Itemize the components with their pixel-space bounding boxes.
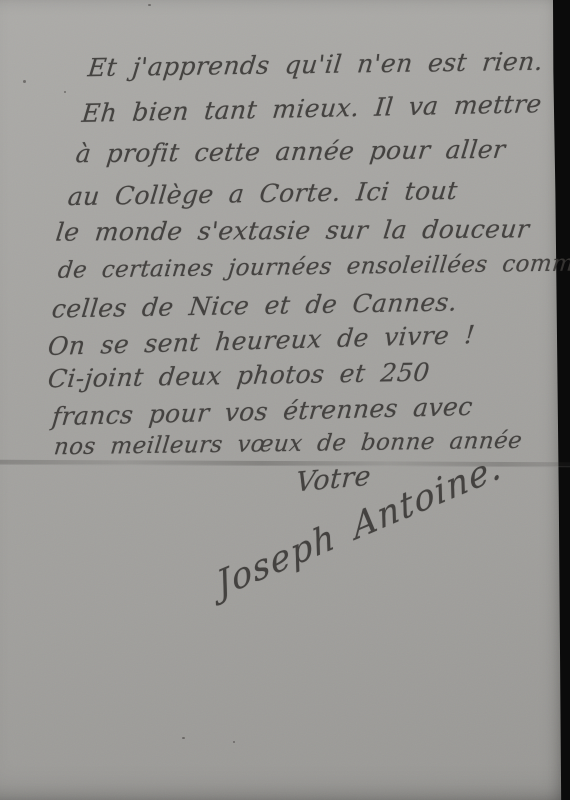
letter-line-5: le monde s'extasie sur la douceur	[54, 214, 531, 246]
letter-line-11: nos meilleurs vœux de bonne année	[53, 428, 524, 461]
ink-speck	[233, 741, 235, 743]
scan-black-edge	[553, 0, 570, 800]
ink-speck	[23, 80, 26, 83]
scanned-letter-page: Et j'apprends qu'il n'en est rien. Eh bi…	[0, 0, 570, 800]
letter-line-7: celles de Nice et de Cannes.	[51, 287, 459, 323]
letter-line-1: Et j'apprends qu'il n'en est rien.	[86, 47, 544, 82]
ink-speck	[64, 91, 66, 93]
letter-line-6: de certaines journées ensoleillées comme	[57, 250, 570, 283]
letter-line-2: Eh bien tant mieux. Il va mettre	[81, 89, 544, 128]
letter-line-9: Ci-joint deux photos et 250	[47, 358, 432, 394]
ink-speck	[148, 4, 151, 6]
ink-speck	[182, 737, 185, 739]
letter-line-3: à profit cette année pour aller	[74, 135, 507, 169]
letter-closing: Votre	[295, 461, 372, 499]
letter-line-8: On se sent heureux de vivre !	[47, 320, 477, 361]
letter-line-10: francs pour vos étrennes avec	[51, 392, 475, 431]
letter-line-4: au Collège a Corte. Ici tout	[66, 176, 459, 211]
